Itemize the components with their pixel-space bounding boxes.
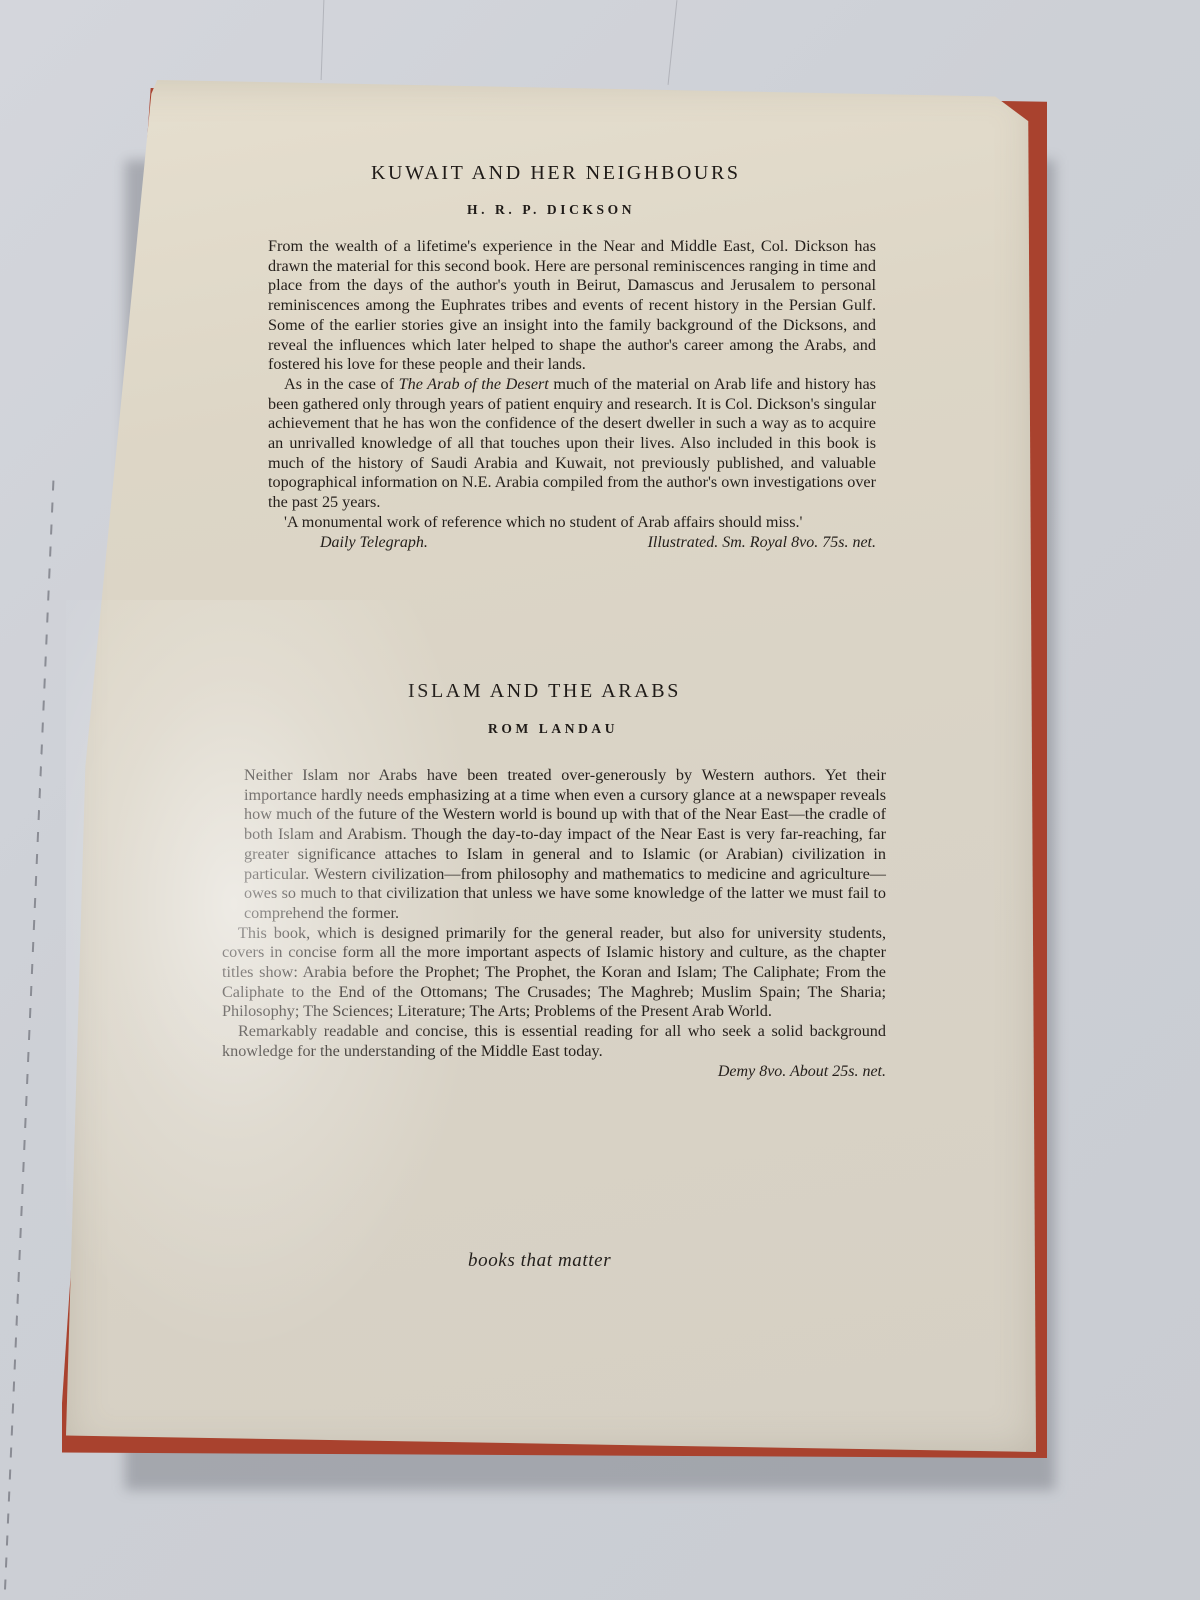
- cited-book-title: The Arab of the Desert: [399, 375, 549, 393]
- blurb-paragraph: This book, which is designed primarily f…: [222, 924, 886, 1023]
- dashed-line-on-surface: [4, 480, 55, 1599]
- book-blurb-kuwait: From the wealth of a lifetime's experien…: [268, 237, 876, 552]
- meta-line: Daily Telegraph. Illustrated. Sm. Royal …: [268, 533, 876, 553]
- blurb-paragraph: As in the case of The Arab of the Desert…: [268, 375, 876, 513]
- blurb-paragraph: From the wealth of a lifetime's experien…: [268, 237, 876, 375]
- blurb-paragraph: Remarkably readable and concise, this is…: [222, 1022, 886, 1061]
- blurb-paragraph: Neither Islam nor Arabs have been treate…: [222, 766, 886, 924]
- edition-details: Illustrated. Sm. Royal 8vo. 75s. net.: [648, 533, 876, 553]
- book-title-kuwait: KUWAIT AND HER NEIGHBOURS: [371, 162, 741, 185]
- review-quote: 'A monumental work of reference which no…: [268, 513, 876, 533]
- book-author-landau: ROM LANDAU: [488, 721, 618, 737]
- publisher-tagline: books that matter: [468, 1250, 611, 1272]
- book-author-dickson: H. R. P. DICKSON: [467, 202, 635, 218]
- edition-details: Demy 8vo. About 25s. net.: [718, 1062, 886, 1082]
- quote-source: Daily Telegraph.: [268, 533, 428, 553]
- book-title-islam: ISLAM AND THE ARABS: [408, 680, 681, 703]
- book-blurb-islam: Neither Islam nor Arabs have been treate…: [222, 766, 886, 1081]
- background-crease: [668, 0, 678, 85]
- meta-line: Demy 8vo. About 25s. net.: [222, 1062, 886, 1082]
- background-crease: [321, 0, 325, 80]
